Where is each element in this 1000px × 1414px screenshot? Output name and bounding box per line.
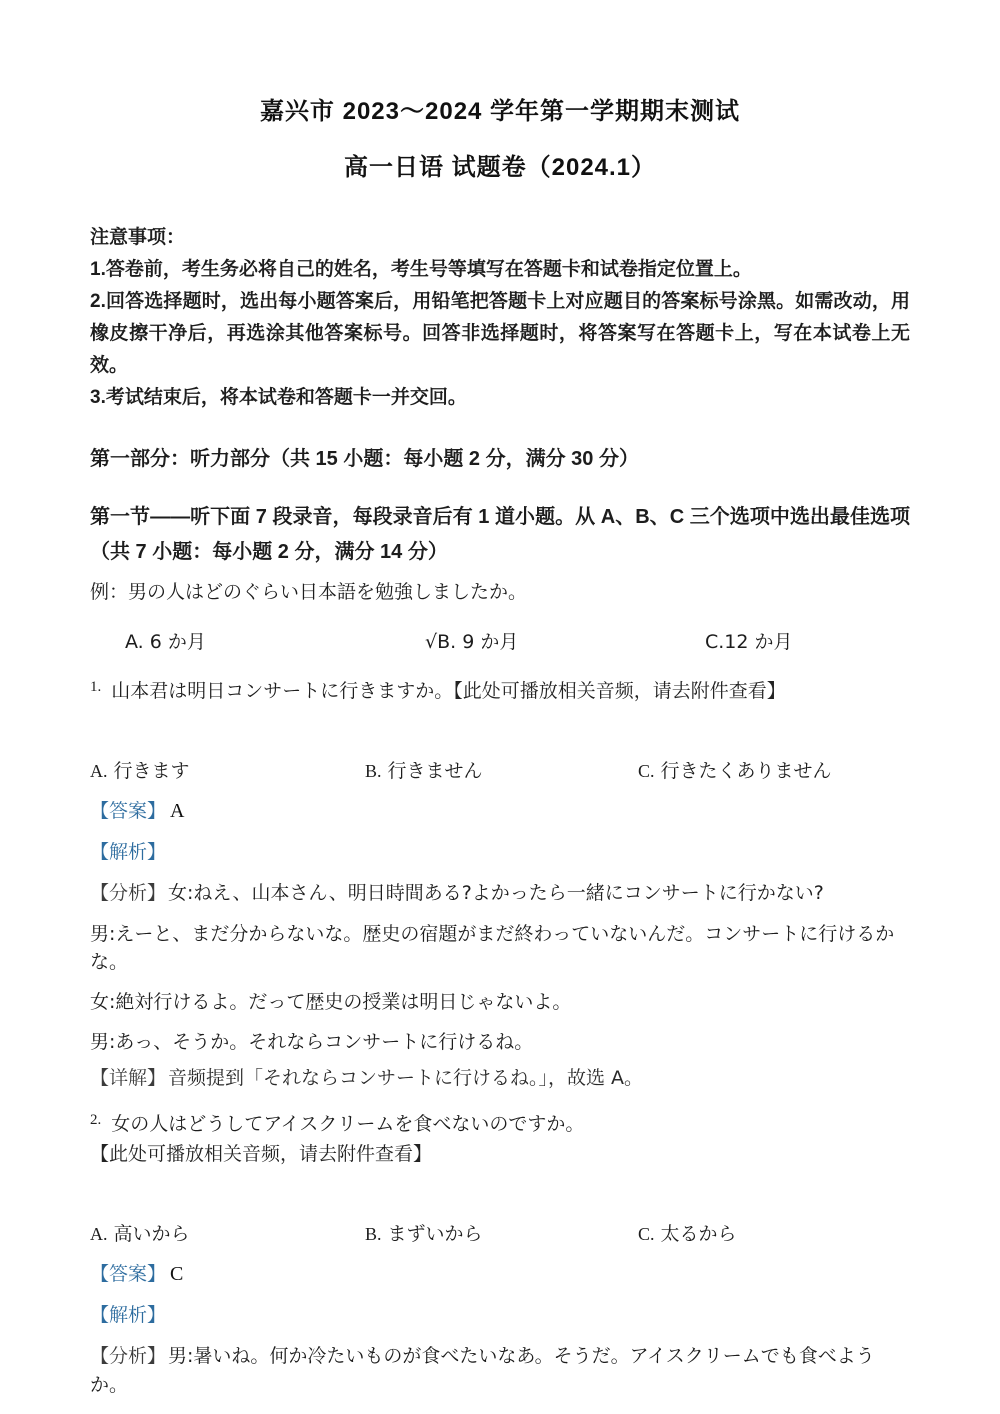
notice-section: 注意事项： 1.答卷前，考生务必将自己的姓名，考生号等填写在答题卡和试卷指定位置…: [90, 222, 910, 414]
dialog-tag: 【分析】: [90, 883, 166, 904]
dialog-text-1: 男:暑いね。何か冷たいものが食べたいなあ。そうだ。アイスクリームでも食べようか。: [90, 1345, 875, 1396]
question-2-number: 2.: [90, 1112, 101, 1128]
option-a-label: A.: [90, 761, 108, 781]
exam-paper-page: 嘉兴市 2023～2024 学年第一学期期末测试 高一日语 试题卷（2024.1…: [0, 0, 1000, 1414]
option-c-text: 太るから: [661, 1223, 737, 1245]
dialog-tag: 【分析】: [90, 1346, 166, 1367]
notice-item-3: 3.考试结束后，将本试卷和答题卡一并交回。: [90, 382, 910, 414]
question-1-options-row: A.行きます B.行きません C.行きたくありません: [90, 757, 910, 785]
question-1-dialog-line-2: 男:えーと、まだ分からないな。歴史の宿題がまだ終わっていないんだ。コンサートに行…: [90, 920, 910, 976]
question-1-dialog-line-1: 【分析】女:ねえ、山本さん、明日時間ある?よかったら一緒にコンサートに行かない?: [90, 879, 910, 908]
example-option-c: C.12 か月: [705, 628, 910, 656]
option-b-label: B.: [365, 761, 382, 781]
question-1-answer-line: 【答案】A: [90, 797, 910, 826]
question-2-text: 女の人はどうしてアイスクリームを食べないのですか。: [111, 1113, 584, 1135]
detail-text: 音频提到「それならコンサートに行けるね。」，故选 A。: [168, 1067, 643, 1089]
question-2-audio-note: 【此处可播放相关音频，请去附件查看】: [90, 1144, 432, 1165]
question-1: 1.山本君は明日コンサートに行きますか。【此处可播放相关音频，请去附件查看】: [90, 672, 910, 707]
notice-heading: 注意事项：: [90, 222, 910, 254]
example-option-a: A. 6 か月: [125, 628, 425, 656]
option-c-label: C.: [638, 1224, 655, 1244]
section1-heading: 第一节——听下面 7 段录音，每段录音后有 1 道小题。从 A、B、C 三个选项…: [90, 500, 910, 570]
question-1-number: 1.: [90, 679, 101, 695]
dialog-text-1: 女:ねえ、山本さん、明日時間ある?よかったら一緒にコンサートに行かない?: [168, 882, 824, 904]
question-1-option-b: B.行きません: [365, 757, 638, 785]
question-1-text: 山本君は明日コンサートに行きますか。: [111, 680, 453, 702]
question-1-answer-value: A: [170, 800, 184, 822]
question-2-dialog-line-1: 【分析】男:暑いね。何か冷たいものが食べたいなあ。そうだ。アイスクリームでも食べ…: [90, 1342, 910, 1399]
option-a-text: 高いから: [114, 1223, 190, 1245]
question-1-option-a: A.行きます: [90, 757, 365, 785]
paper-title-line1: 嘉兴市 2023～2024 学年第一学期期末测试: [90, 96, 910, 128]
notice-item-1: 1.答卷前，考生务必将自己的姓名，考生号等填写在答题卡和试卷指定位置上。: [90, 254, 910, 286]
question-2-option-a: A.高いから: [90, 1220, 365, 1248]
example-option-b: √B. 9 か月: [425, 628, 705, 656]
question-2-option-c: C.太るから: [638, 1220, 910, 1248]
question-1-detail-line: 【详解】音频提到「それならコンサートに行けるね。」，故选 A。: [90, 1064, 910, 1093]
analysis-tag: 【解析】: [90, 1305, 166, 1326]
answer-tag: 【答案】: [90, 1264, 166, 1285]
paper-title-line2: 高一日语 试题卷（2024.1）: [90, 152, 910, 184]
option-c-text: 行きたくありません: [661, 760, 832, 782]
detail-tag: 【详解】: [90, 1068, 166, 1089]
option-b-text: まずいから: [388, 1223, 483, 1245]
option-b-label: B.: [365, 1224, 382, 1244]
question-2-options-row: A.高いから B.まずいから C.太るから: [90, 1220, 910, 1248]
option-c-label: C.: [638, 761, 655, 781]
part1-heading: 第一部分：听力部分（共 15 小题：每小题 2 分，满分 30 分）: [90, 444, 910, 474]
question-2-answer-line: 【答案】C: [90, 1260, 910, 1289]
question-2-option-b: B.まずいから: [365, 1220, 638, 1248]
example-options-row: A. 6 か月 √B. 9 か月 C.12 か月: [90, 628, 910, 656]
question-1-dialog-line-3: 女:絶対行けるよ。だって歴史の授業は明日じゃないよ。: [90, 988, 910, 1016]
question-1-dialog-line-4: 男:あっ、そうか。それならコンサートに行けるね。: [90, 1028, 910, 1056]
question-1-audio-note: 【此处可播放相关音频，请去附件查看】: [453, 681, 786, 702]
question-1-analysis-tag-line: 【解析】: [90, 838, 910, 867]
example-question: 例：男の人はどのぐらい日本語を勉強しましたか。: [90, 578, 910, 606]
notice-item-2: 2.回答选择题时，选出每小题答案后，用铅笔把答题卡上对应题目的答案标号涂黑。如需…: [90, 286, 910, 382]
question-2-analysis-tag-line: 【解析】: [90, 1301, 910, 1330]
question-2-answer-value: C: [170, 1263, 183, 1285]
analysis-tag: 【解析】: [90, 842, 166, 863]
option-b-text: 行きません: [388, 760, 483, 782]
option-a-label: A.: [90, 1224, 108, 1244]
question-2: 2.女の人はどうしてアイスクリームを食べないのですか。【此处可播放相关音频，请去…: [90, 1105, 910, 1170]
answer-tag: 【答案】: [90, 801, 166, 822]
question-1-option-c: C.行きたくありません: [638, 757, 910, 785]
option-a-text: 行きます: [114, 760, 190, 782]
